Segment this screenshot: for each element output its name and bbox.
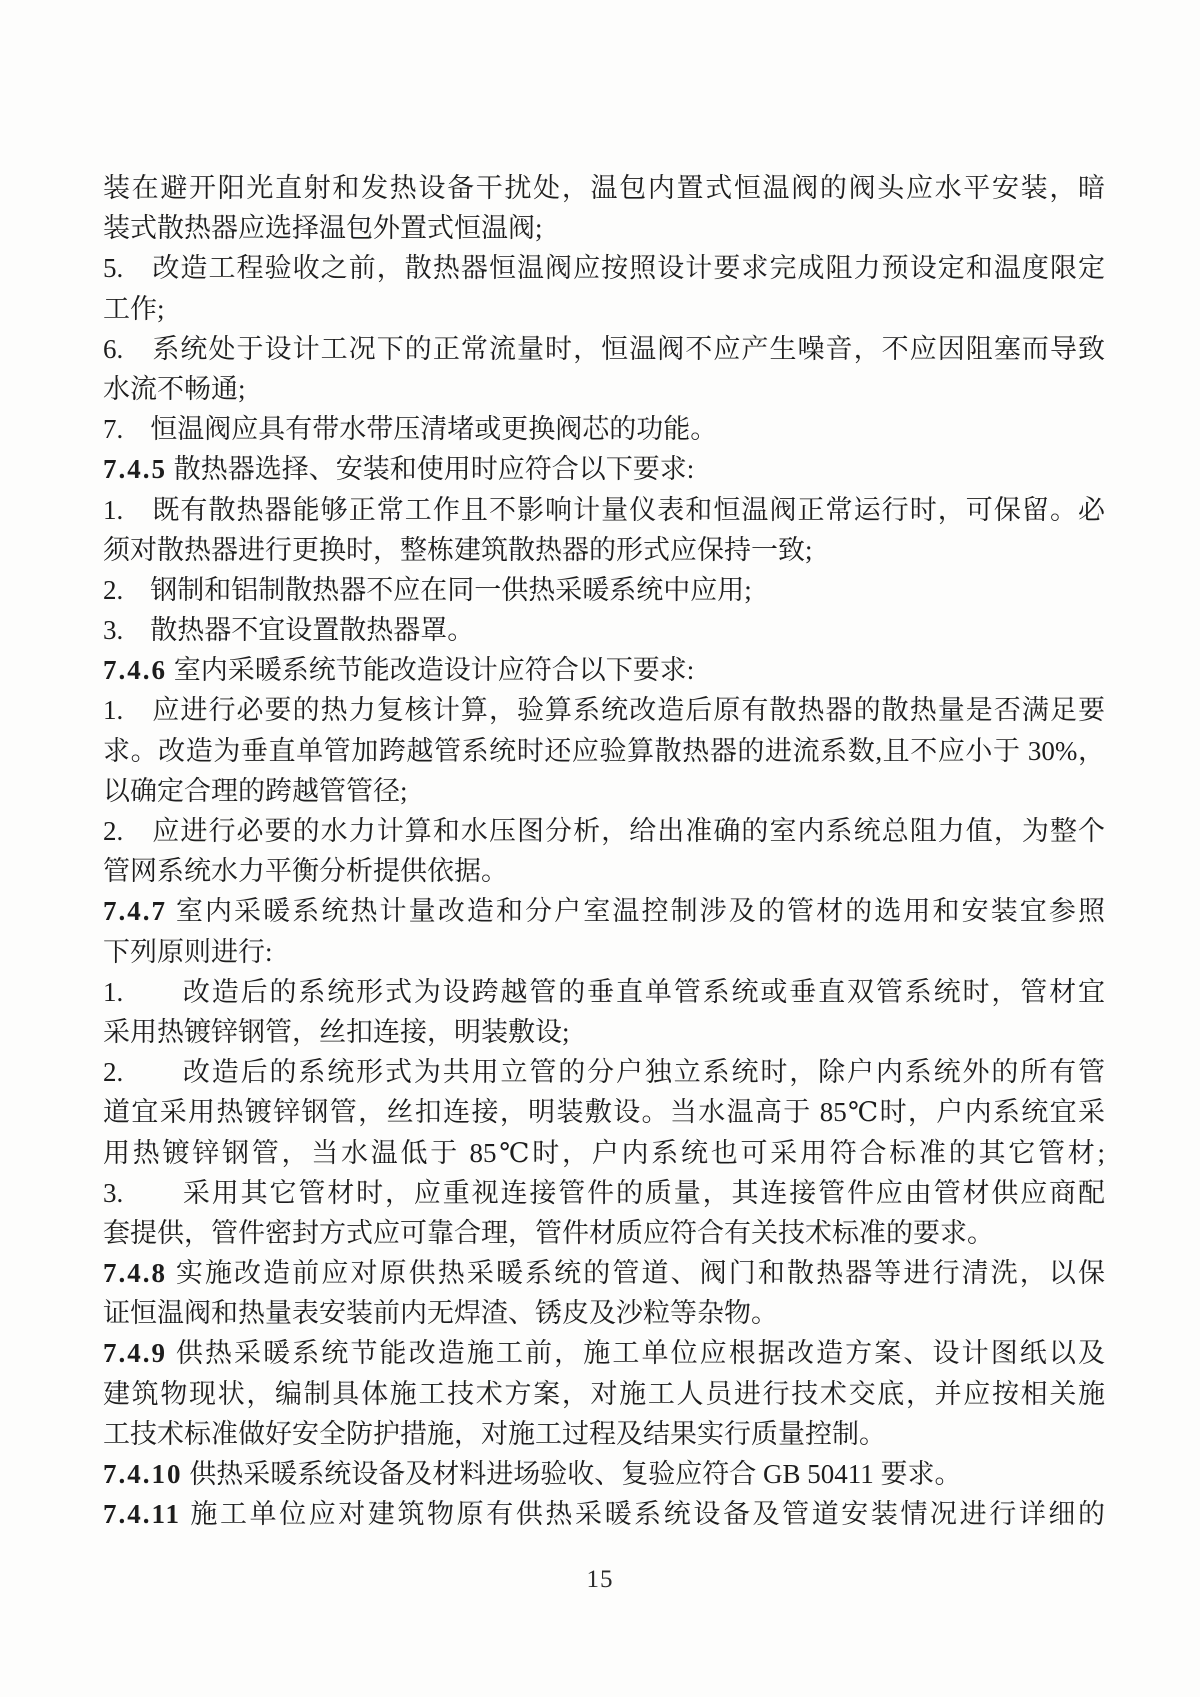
- text-line: 管网系统水力平衡分析提供依据。: [103, 851, 1105, 891]
- text-line: 6. 系统处于设计工况下的正常流量时，恒温阀不应产生噪音，不应因阻塞而导致: [103, 329, 1105, 369]
- section-number: 7.4.6: [103, 655, 167, 685]
- text-line: 套提供，管件密封方式应可靠合理，管件材质应符合有关技术标准的要求。: [103, 1213, 1105, 1253]
- text-line: 1. 既有散热器能够正常工作且不影响计量仪表和恒温阀正常运行时，可保留。必: [103, 490, 1105, 530]
- text-line: 7.4.8 实施改造前应对原供热采暖系统的管道、阀门和散热器等进行清洗，以保: [103, 1253, 1105, 1293]
- text-line: 2. 应进行必要的水力计算和水压图分析，给出准确的室内系统总阻力值，为整个: [103, 811, 1105, 851]
- text-line: 装式散热器应选择温包外置式恒温阀;: [103, 208, 1105, 248]
- section-number: 7.4.10: [103, 1459, 183, 1489]
- text-line: 7.4.9 供热采暖系统节能改造施工前，施工单位应根据改造方案、设计图纸以及: [103, 1333, 1105, 1373]
- text-line: 以确定合理的跨越管管径;: [103, 771, 1105, 811]
- section-number: 7.4.9: [103, 1338, 167, 1368]
- text-line: 装在避开阳光直射和发热设备干扰处，温包内置式恒温阀的阀头应水平安装，暗: [103, 168, 1105, 208]
- text-line: 7.4.6 室内采暖系统节能改造设计应符合以下要求:: [103, 650, 1105, 690]
- section-number: 7.4.8: [103, 1258, 167, 1288]
- text-line: 工技术标准做好安全防护措施，对施工过程及结果实行质量控制。: [103, 1414, 1105, 1454]
- text-line: 7.4.11 施工单位应对建筑物原有供热采暖系统设备及管道安装情况进行详细的: [103, 1494, 1105, 1534]
- text-line: 下列原则进行:: [103, 932, 1105, 972]
- page-number: 15: [0, 1566, 1200, 1594]
- text-line: 3. 采用其它管材时，应重视连接管件的质量，其连接管件应由管材供应商配: [103, 1173, 1105, 1213]
- text-line: 5. 改造工程验收之前，散热器恒温阀应按照设计要求完成阻力预设定和温度限定: [103, 248, 1105, 288]
- text-line: 采用热镀锌钢管，丝扣连接，明装敷设;: [103, 1012, 1105, 1052]
- text-line: 1. 应进行必要的热力复核计算，验算系统改造后原有散热器的散热量是否满足要: [103, 690, 1105, 730]
- text-line: 证恒温阀和热量表安装前内无焊渣、锈皮及沙粒等杂物。: [103, 1293, 1105, 1333]
- text-line: 3. 散热器不宜设置散热器罩。: [103, 610, 1105, 650]
- text-line: 求。改造为垂直单管加跨越管系统时还应验算散热器的进流系数,且不应小于 30%，: [103, 731, 1105, 771]
- document-text: 装在避开阳光直射和发热设备干扰处，温包内置式恒温阀的阀头应水平安装，暗装式散热器…: [103, 168, 1105, 1534]
- text-line: 2. 钢制和铝制散热器不应在同一供热采暖系统中应用;: [103, 570, 1105, 610]
- section-number: 7.4.7: [103, 896, 167, 926]
- text-line: 须对散热器进行更换时，整栋建筑散热器的形式应保持一致;: [103, 530, 1105, 570]
- text-line: 工作;: [103, 289, 1105, 329]
- text-line: 7.4.10 供热采暖系统设备及材料进场验收、复验应符合 GB 50411 要求…: [103, 1454, 1105, 1494]
- text-line: 用热镀锌钢管，当水温低于 85℃时，户内系统也可采用符合标准的其它管材;: [103, 1133, 1105, 1173]
- text-line: 7.4.7 室内采暖系统热计量改造和分户室温控制涉及的管材的选用和安装宜参照: [103, 891, 1105, 931]
- text-line: 1. 改造后的系统形式为设跨越管的垂直单管系统或垂直双管系统时，管材宜: [103, 972, 1105, 1012]
- text-line: 2. 改造后的系统形式为共用立管的分户独立系统时，除户内系统外的所有管: [103, 1052, 1105, 1092]
- text-line: 道宜采用热镀锌钢管，丝扣连接，明装敷设。当水温高于 85℃时，户内系统宜采: [103, 1092, 1105, 1132]
- text-line: 水流不畅通;: [103, 369, 1105, 409]
- text-line: 7. 恒温阀应具有带水带压清堵或更换阀芯的功能。: [103, 409, 1105, 449]
- text-line: 建筑物现状，编制具体施工技术方案，对施工人员进行技术交底，并应按相关施: [103, 1374, 1105, 1414]
- section-number: 7.4.11: [103, 1499, 181, 1529]
- section-number: 7.4.5: [103, 454, 167, 484]
- document-page: 装在避开阳光直射和发热设备干扰处，温包内置式恒温阀的阀头应水平安装，暗装式散热器…: [0, 0, 1200, 1697]
- text-line: 7.4.5 散热器选择、安装和使用时应符合以下要求:: [103, 449, 1105, 489]
